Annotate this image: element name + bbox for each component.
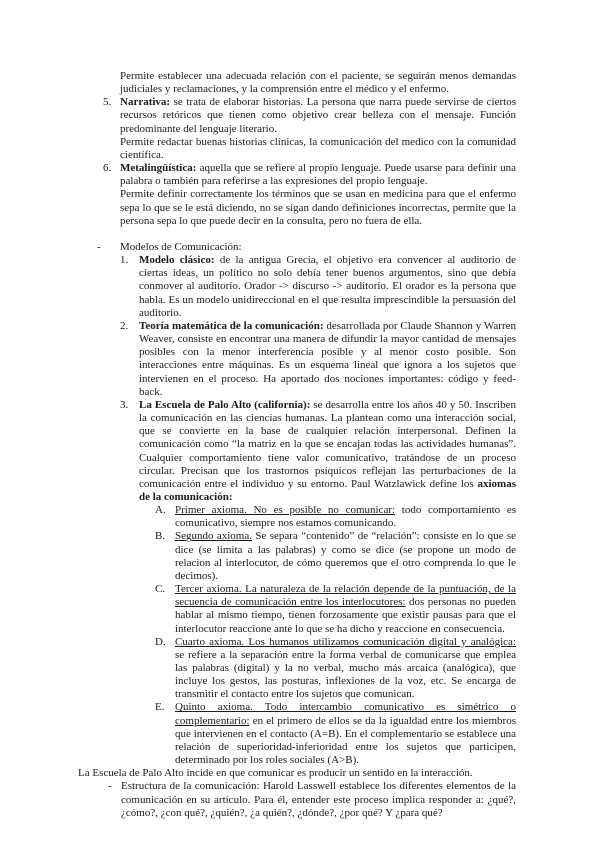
axiom-text: se refiere a la separación entre la form… xyxy=(175,649,516,700)
item-term: Teoría matemática de la comunicación: xyxy=(139,320,323,332)
item-term: Narrativa: xyxy=(120,96,170,108)
closing-line: La Escuela de Palo Alto incide en que co… xyxy=(78,767,516,780)
item-paragraph: Modelo clásico: de la antigua Grecia, el… xyxy=(139,254,516,320)
item-number: 5. xyxy=(103,96,111,109)
item-body: Narrativa: se trata de elaborar historia… xyxy=(120,96,516,162)
item-text: se desarrolla entre los años 40 y 50. In… xyxy=(139,399,516,490)
item-term: Metalingüística: xyxy=(120,162,196,174)
axiom-underlined: Cuarto axioma. Los humanos utilizamos co… xyxy=(175,636,516,648)
item-extra-paragraph: Permite definir correctamente los términ… xyxy=(120,188,516,227)
item-letter: A. xyxy=(155,504,166,517)
item-number: 6. xyxy=(103,162,111,175)
item-paragraph: Narrativa: se trata de elaborar historia… xyxy=(120,96,516,135)
item-paragraph: Quinto axioma. Todo intercambio comunica… xyxy=(175,701,516,767)
item-paragraph: Cuarto axioma. Los humanos utilizamos co… xyxy=(175,636,516,702)
axiom-item-cuarto: D. Cuarto axioma. Los humanos utilizamos… xyxy=(78,636,516,702)
model-item-clasico: 1. Modelo clásico: de la antigua Grecia,… xyxy=(78,254,516,320)
item-term: Modelo clásico: xyxy=(139,254,215,266)
item-letter: C. xyxy=(155,583,165,596)
item-letter: B. xyxy=(155,530,165,543)
numbered-item-metalinguistica: 6. Metalingüística: aquella que se refie… xyxy=(78,162,516,228)
models-heading: Modelos de Comunicación: xyxy=(120,241,242,253)
dash-bullet: - xyxy=(97,241,101,254)
models-heading-row: - Modelos de Comunicación: xyxy=(78,241,516,254)
item-number: 3. xyxy=(120,399,128,412)
item-number: 2. xyxy=(120,320,128,333)
axiom-underlined: Primer axioma. No es posible no comunica… xyxy=(175,504,395,516)
axiom-item-primer: A. Primer axioma. No es posible no comun… xyxy=(78,504,516,530)
axiom-item-tercer: C. Tercer axioma. La naturaleza de la re… xyxy=(78,583,516,636)
document-page: Permite establecer una adecuada relación… xyxy=(0,0,599,848)
item-paragraph: Metalingüística: aquella que se refiere … xyxy=(120,162,516,188)
axiom-item-segundo: B. Segundo axioma. Se separa “contenido”… xyxy=(78,530,516,583)
item-paragraph: Primer axioma. No es posible no comunica… xyxy=(175,504,516,530)
item-letter: D. xyxy=(155,636,166,649)
item-number: 1. xyxy=(120,254,128,267)
model-item-palo-alto: 3. La Escuela de Palo Alto (california):… xyxy=(78,399,516,504)
item-paragraph: La Escuela de Palo Alto (california): se… xyxy=(139,399,516,504)
item-paragraph: Tercer axioma. La naturaleza de la relac… xyxy=(175,583,516,636)
item-letter: E. xyxy=(155,701,164,714)
item-paragraph: Teoría matemática de la comunicación: de… xyxy=(139,320,516,399)
intro-paragraph: Permite establecer una adecuada relación… xyxy=(120,70,516,96)
item-text: se trata de elaborar historias. La perso… xyxy=(120,96,516,134)
dash-bullet: - xyxy=(108,780,112,793)
item-paragraph: Segundo axioma. Se separa “contenido” de… xyxy=(175,530,516,583)
structure-text: Estructura de la comunicación: Harold La… xyxy=(121,780,516,819)
axiom-item-quinto: E. Quinto axioma. Todo intercambio comun… xyxy=(78,701,516,767)
structure-item: - Estructura de la comunicación: Harold … xyxy=(78,780,516,819)
numbered-item-narrativa: 5. Narrativa: se trata de elaborar histo… xyxy=(78,96,516,162)
axiom-underlined: Segundo axioma. xyxy=(175,530,252,542)
model-item-teoria-matematica: 2. Teoría matemática de la comunicación:… xyxy=(78,320,516,399)
item-extra-paragraph: Permite redactar buenas historias clínic… xyxy=(120,136,516,162)
item-body: Metalingüística: aquella que se refiere … xyxy=(120,162,516,228)
item-term: La Escuela de Palo Alto (california): xyxy=(139,399,310,411)
